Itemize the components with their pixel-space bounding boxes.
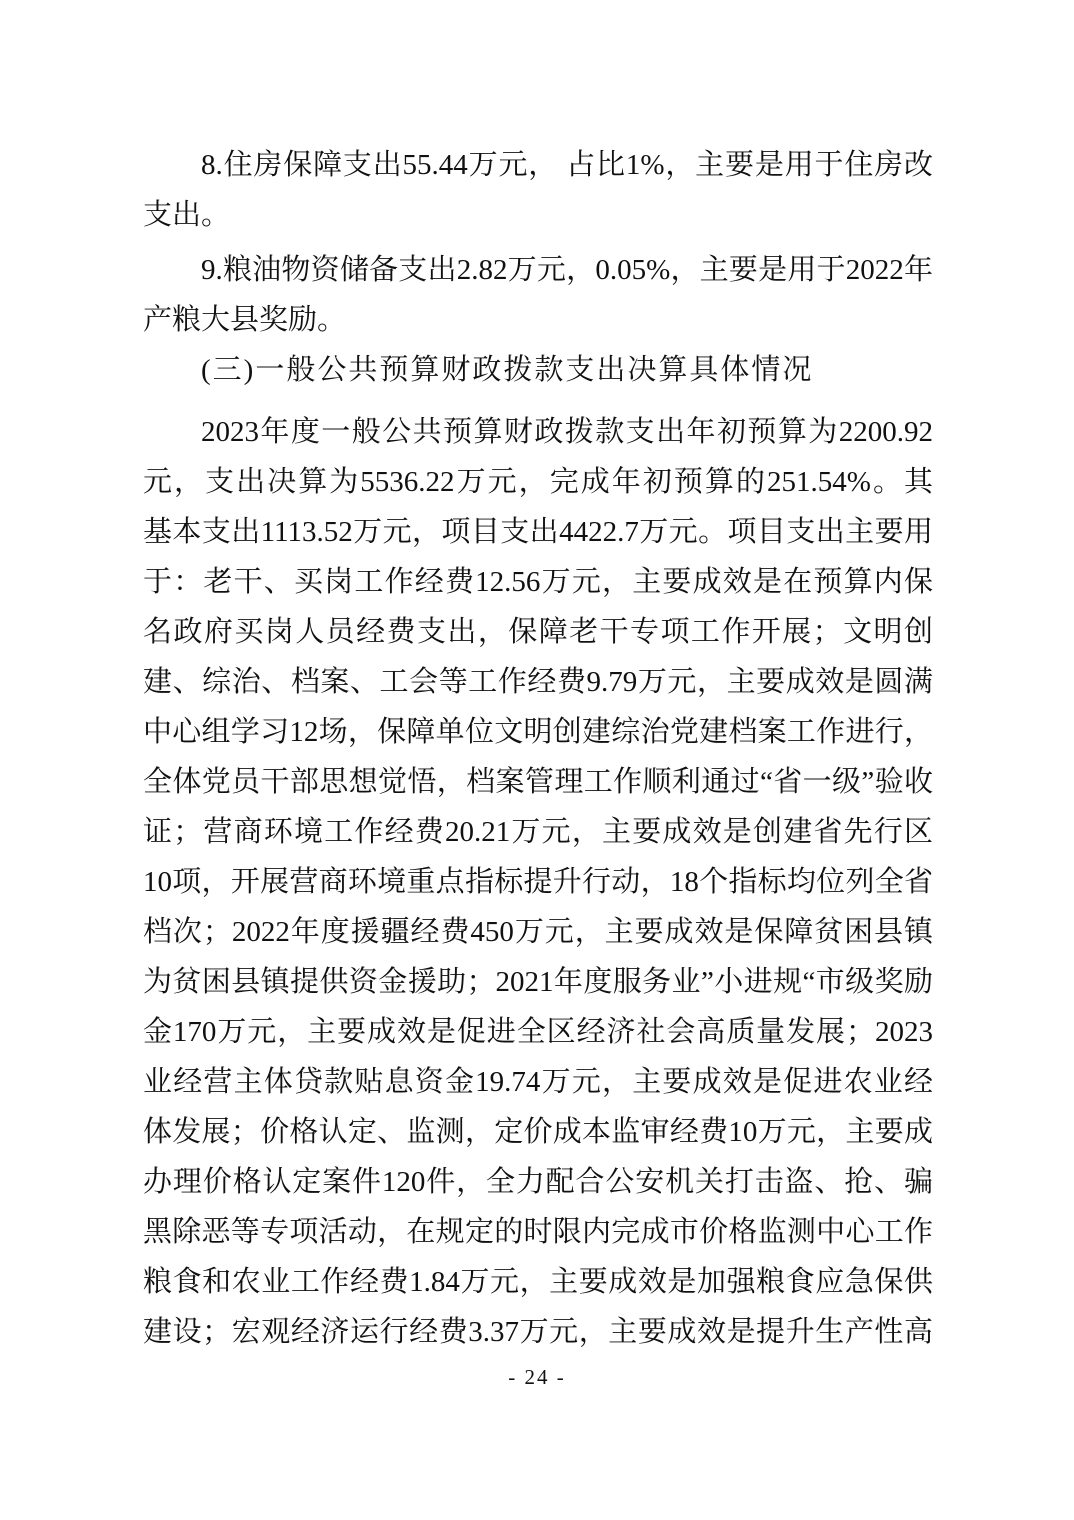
text-line: 基本支出1113.52万元，项目支出4422.7万元。项目支出主要用 [143, 507, 933, 557]
text-line: 业经营主体贷款贴息资金19.74万元，主要成效是促进农业经营主 [143, 1057, 933, 1107]
text-line: 金170万元，主要成效是促进全区经济社会高质量发展；2023年农 [143, 1007, 933, 1057]
text-line: 体发展；价格认定、监测，定价成本监审经费10万元，主要成效是 [143, 1107, 933, 1157]
text-line: 2023年度一般公共预算财政拨款支出年初预算为2200.92万 [143, 407, 933, 457]
text-line: 黑除恶等专项活动，在规定的时限内完成市价格监测中心工作任务; [143, 1207, 933, 1257]
document-page: 8.住房保障支出55.44万元， 占比1%，主要是用于住房改革支出。9.粮油物资… [0, 0, 1074, 1520]
text-line: 名政府买岗人员经费支出，保障老干专项工作开展；文明创建、党 [143, 607, 933, 657]
text-line: 8.住房保障支出55.44万元， 占比1%，主要是用于住房改革 [143, 140, 933, 190]
text-line: 证；营商环境工作经费20.21万元，主要成效是创建省先行区事项 [143, 807, 933, 857]
text-line: 全体党员干部思想觉悟，档案管理工作顺利通过“省一级”验收换 [143, 757, 933, 807]
text-line: 建、综治、档案、工会等工作经费9.79万元，主要成效是圆满开展 [143, 657, 933, 707]
text-line: 为贫困县镇提供资金援助；2021年度服务业”小进规“市级奖励资 [143, 957, 933, 1007]
text-line: 建设；宏观经济运行经费3.37万元，主要成效是提升生产性高端服 [143, 1307, 933, 1357]
heading-line: (三)一般公共预算财政拨款支出决算具体情况 [143, 345, 933, 395]
para-budget-details: 2023年度一般公共预算财政拨款支出年初预算为2200.92万元，支出决算为55… [143, 407, 933, 1357]
text-line: 于：老干、买岗工作经费12.56万元，主要成效是在预算内保障2 [143, 557, 933, 607]
text-line: 支出。 [143, 190, 933, 240]
para-housing-support: 8.住房保障支出55.44万元， 占比1%，主要是用于住房改革支出。 [143, 140, 933, 240]
text-body: 8.住房保障支出55.44万元， 占比1%，主要是用于住房改革支出。9.粮油物资… [143, 140, 933, 1357]
text-line: 中心组学习12场，保障单位文明创建综治党建档案工作进行，提高 [143, 707, 933, 757]
text-line: 9.粮油物资储备支出2.82万元，0.05%，主要是用于2022年 [143, 245, 933, 295]
text-line: 档次；2022年度援疆经费450万元，主要成效是保障贫困县镇发展， [143, 907, 933, 957]
text-line: 办理价格认定案件120件，全力配合公安机关打击盗、抢、骗和扫 [143, 1157, 933, 1207]
page-number: - 24 - [0, 1357, 1074, 1397]
text-line: 粮食和农业工作经费1.84万元，主要成效是加强粮食应急保供网点 [143, 1257, 933, 1307]
text-line: 产粮大县奖励。 [143, 295, 933, 345]
heading-section-3: (三)一般公共预算财政拨款支出决算具体情况 [143, 345, 933, 395]
text-line: 10项，开展营商环境重点指标提升行动，18个指标均位列全省优异 [143, 857, 933, 907]
para-grain-reserve: 9.粮油物资储备支出2.82万元，0.05%，主要是用于2022年产粮大县奖励。 [143, 245, 933, 345]
text-line: 元，支出决算为5536.22万元，完成年初预算的251.54%。其中： [143, 457, 933, 507]
